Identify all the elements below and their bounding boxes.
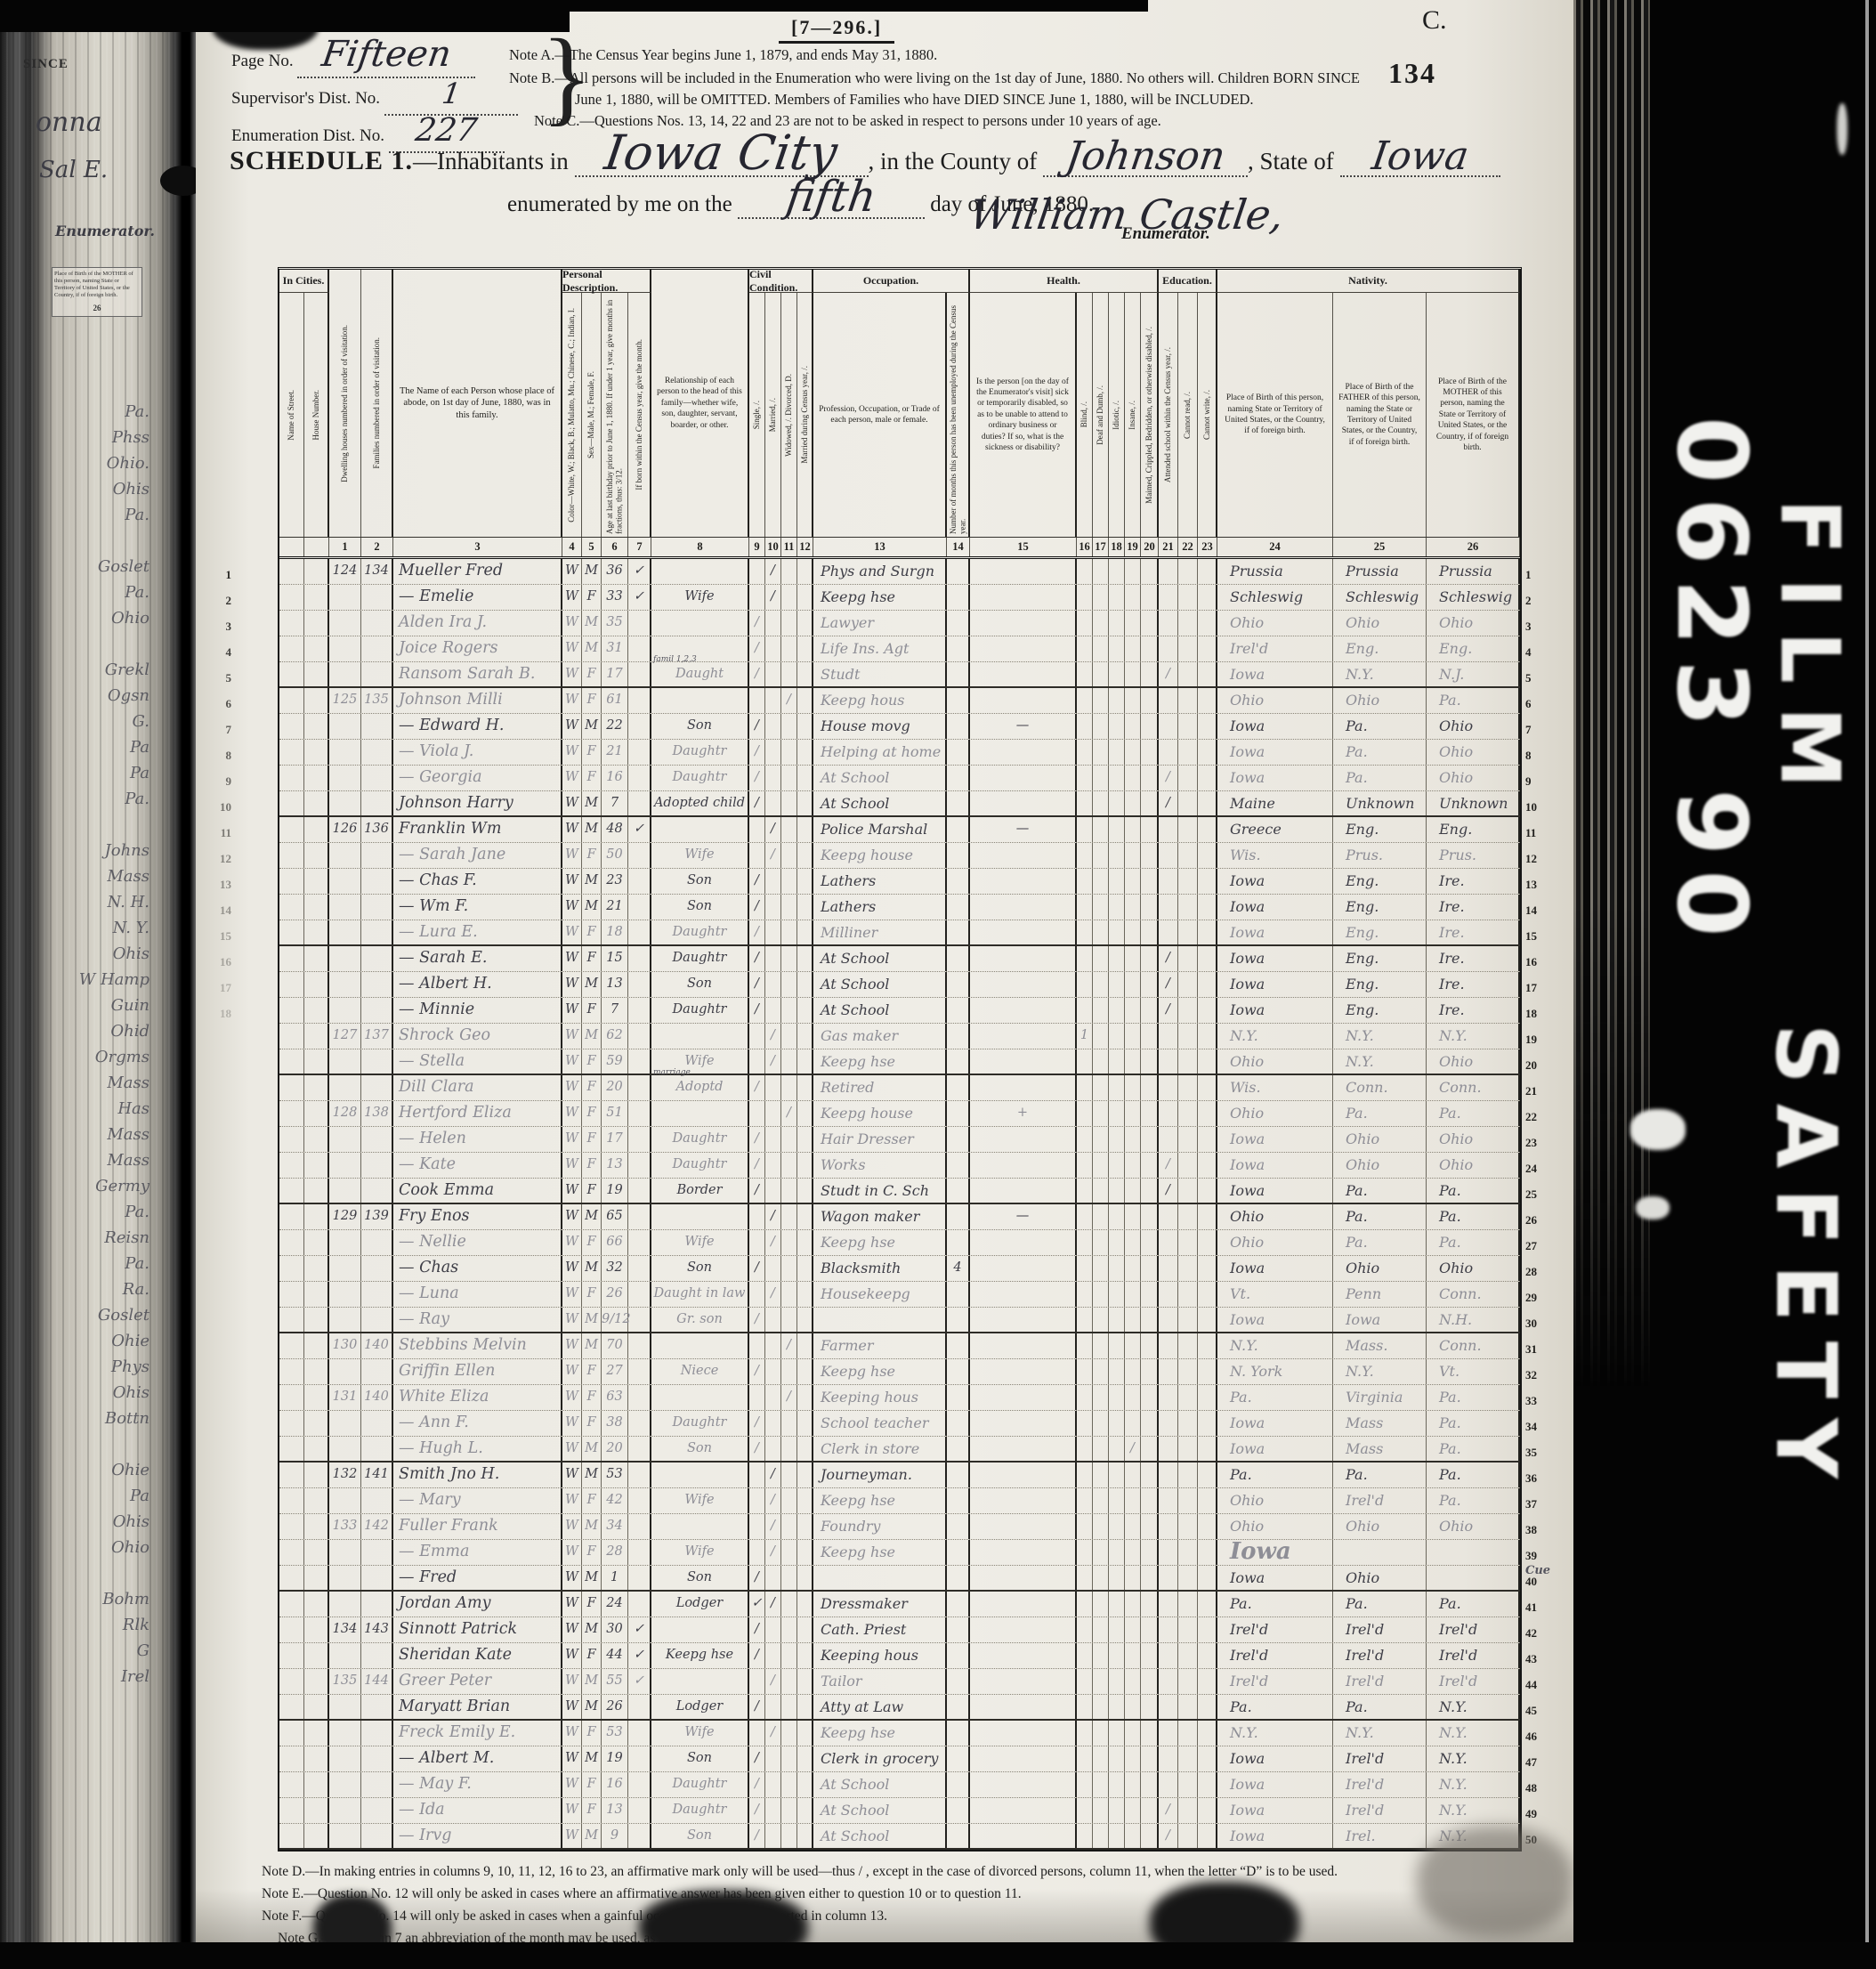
cell-s12 — [797, 1488, 813, 1513]
right-line-number: 28 — [1525, 1265, 1556, 1279]
prev-page-birthplace-value: Pa. — [7, 1254, 150, 1273]
cell-s10 — [765, 636, 781, 661]
cell-c20 — [1141, 1049, 1159, 1074]
cell-c22 — [1178, 1798, 1198, 1823]
cell-house — [304, 791, 329, 815]
cell-occ: Clerk in store — [813, 1437, 947, 1461]
right-line-number: 25 — [1525, 1187, 1556, 1202]
cell-s10 — [765, 1333, 781, 1358]
cell-s12 — [797, 1308, 813, 1332]
cell-s10: / — [765, 1514, 781, 1539]
cell-c16: 1 — [1077, 1024, 1093, 1049]
cell-fam — [361, 714, 393, 739]
cell-mbp: N.Y. — [1427, 1721, 1520, 1746]
cell-unemp — [947, 1075, 970, 1100]
page-no-value: Fifteen — [320, 39, 453, 69]
cell-s12 — [797, 1824, 813, 1848]
cell-rel: Keepg hse — [651, 1643, 749, 1668]
cell-sex: F — [582, 1643, 602, 1668]
cell-c23 — [1198, 946, 1217, 971]
cell-c22 — [1178, 740, 1198, 765]
enumerator-label: Enumerator. — [1121, 224, 1210, 244]
cell-name: — Kate — [393, 1153, 562, 1178]
cell-fbp: Schleswig — [1333, 585, 1427, 610]
cell-c16 — [1077, 1540, 1093, 1565]
cell-sex: M — [582, 1617, 602, 1642]
cell-s9: / — [749, 1746, 765, 1771]
cell-rel: Son — [651, 1437, 749, 1461]
cell-s9 — [749, 1049, 765, 1074]
cell-s11 — [781, 714, 797, 739]
colhead-fam-label: Families numbered in order of visitation… — [372, 335, 381, 471]
cell-sex: M — [582, 714, 602, 739]
prev-page-birthplace-value: Phss — [7, 428, 150, 447]
cell-rel: Wife — [651, 1540, 749, 1565]
right-line-number: 45 — [1525, 1704, 1556, 1718]
cell-c23 — [1198, 688, 1217, 713]
cell-rel: Wife — [651, 585, 749, 610]
cell-mbp: N.J. — [1427, 662, 1520, 686]
cell-c16 — [1077, 585, 1093, 610]
cell-c23 — [1198, 1514, 1217, 1539]
cell-name: Griffin Ellen — [393, 1359, 562, 1384]
cell-mbp: Eng. — [1427, 636, 1520, 661]
cell-house — [304, 1333, 329, 1358]
cell-dw — [329, 895, 361, 920]
cell-s10 — [765, 740, 781, 765]
cell-c22 — [1178, 1772, 1198, 1797]
cell-s9: / — [749, 1411, 765, 1436]
cell-c17 — [1093, 1798, 1109, 1823]
cell-s10 — [765, 1798, 781, 1823]
county-value: Johnson — [1063, 140, 1227, 174]
cell-month — [628, 1514, 651, 1539]
cell-month — [628, 1153, 651, 1178]
cell-house — [304, 1101, 329, 1126]
cell-c22 — [1178, 1746, 1198, 1771]
cell-c19 — [1125, 1824, 1141, 1848]
cell-month — [628, 1024, 651, 1049]
cell-c19 — [1125, 1101, 1141, 1126]
cell-s12 — [797, 662, 813, 686]
cell-c22 — [1178, 1385, 1198, 1410]
cell-c18 — [1109, 1514, 1125, 1539]
cell-c20 — [1141, 1540, 1159, 1565]
cell-s9: / — [749, 998, 765, 1023]
cell-c22 — [1178, 1669, 1198, 1694]
cell-age: 19 — [602, 1746, 628, 1771]
cell-c23 — [1198, 1230, 1217, 1255]
cell-rel: Gr. son — [651, 1308, 749, 1332]
cell-c18 — [1109, 611, 1125, 636]
cell-s10: / — [765, 1592, 781, 1617]
cell-month — [628, 1437, 651, 1461]
cell-house — [304, 1824, 329, 1848]
cell-street — [279, 1669, 304, 1694]
cell-c16 — [1077, 1669, 1093, 1694]
cell-fam — [361, 636, 393, 661]
cell-fbp: Ohio — [1333, 1256, 1427, 1281]
cell-s9: / — [749, 1617, 765, 1642]
cell-sick — [970, 688, 1077, 713]
cell-color: W — [562, 1230, 582, 1255]
cell-dw: 131 — [329, 1385, 361, 1410]
cell-c22 — [1178, 1230, 1198, 1255]
cell-age: 28 — [602, 1540, 628, 1565]
film-scratch-blob — [1630, 1109, 1686, 1150]
cell-c23 — [1198, 1308, 1217, 1332]
cell-sex: F — [582, 688, 602, 713]
cell-s11 — [781, 1488, 797, 1513]
prev-page-birthplace-value: Mass — [7, 1125, 150, 1144]
cell-c17 — [1093, 869, 1109, 894]
state-label: , State of — [1248, 148, 1334, 174]
cell-unemp — [947, 714, 970, 739]
cell-c17 — [1093, 636, 1109, 661]
cell-name: — Emma — [393, 1540, 562, 1565]
cell-s12 — [797, 1798, 813, 1823]
cell-name: Johnson Harry — [393, 791, 562, 815]
page-number-stamp: 134 — [1388, 57, 1436, 90]
cell-rel: Daughtr — [651, 946, 749, 971]
cell-s10 — [765, 611, 781, 636]
cell-unemp — [947, 1359, 970, 1384]
cell-s12 — [797, 1643, 813, 1668]
cell-c22 — [1178, 869, 1198, 894]
table-row: — EmmaWF28Wife/Keepg hseIowa — [279, 1540, 1520, 1566]
cell-c17 — [1093, 972, 1109, 997]
cell-c19 — [1125, 1385, 1141, 1410]
right-line-number: 44 — [1525, 1678, 1556, 1692]
cell-mbp: Ohio — [1427, 1127, 1520, 1152]
table-row: — Ann F.WF38Daughtr/School teacherIowaMa… — [279, 1411, 1520, 1437]
cell-name: — Chas — [393, 1256, 562, 1281]
cell-c20 — [1141, 791, 1159, 815]
cell-color: W — [562, 1488, 582, 1513]
left-line-number: 11 — [208, 826, 231, 840]
cell-c22 — [1178, 1437, 1198, 1461]
cell-month: ✓ — [628, 817, 651, 842]
cell-occ: At School — [813, 1824, 947, 1848]
cell-sex: F — [582, 920, 602, 944]
cell-month — [628, 1721, 651, 1746]
schedule-title: SCHEDULE 1. — [230, 146, 413, 175]
cell-c22 — [1178, 920, 1198, 944]
cell-age: 33 — [602, 585, 628, 610]
table-row: 131140White ElizaWF63/Keeping housPa.Vir… — [279, 1385, 1520, 1411]
cell-unemp — [947, 1153, 970, 1178]
cell-sick — [970, 895, 1077, 920]
cell-unemp — [947, 1592, 970, 1617]
cell-dw — [329, 1592, 361, 1617]
cell-house — [304, 1695, 329, 1719]
film-edge-line — [1865, 0, 1869, 1969]
cell-s11 — [781, 559, 797, 584]
cell-month — [628, 1230, 651, 1255]
cell-bp: N.Y. — [1217, 1721, 1333, 1746]
cell-fbp: Unknown — [1333, 791, 1427, 815]
cell-bp: Ohio — [1217, 1514, 1333, 1539]
colhead-unemp: Number of months this person has been un… — [947, 293, 970, 537]
right-line-number: 39 Cue — [1525, 1549, 1556, 1577]
cell-occ: Blacksmith — [813, 1256, 947, 1281]
cell-color: W — [562, 1282, 582, 1307]
cell-c16 — [1077, 1488, 1093, 1513]
right-line-number: 34 — [1525, 1420, 1556, 1434]
cell-c20 — [1141, 1101, 1159, 1126]
cell-rel — [651, 611, 749, 636]
cell-c18 — [1109, 817, 1125, 842]
cell-c22 — [1178, 1282, 1198, 1307]
cell-c22 — [1178, 1049, 1198, 1074]
cell-c22 — [1178, 817, 1198, 842]
table-row: Alden Ira J.WM35/LawyerOhioOhioOhio — [279, 611, 1520, 636]
cell-sick — [970, 946, 1077, 971]
cell-c19 — [1125, 1463, 1141, 1487]
cell-c18 — [1109, 1333, 1125, 1358]
cell-s9: / — [749, 1437, 765, 1461]
cell-bp: Iowa — [1217, 766, 1333, 790]
cell-c16 — [1077, 1798, 1093, 1823]
colnum-s10: 10 — [765, 538, 781, 556]
cell-mbp: Conn. — [1427, 1333, 1520, 1358]
cell-occ: Wagon maker — [813, 1204, 947, 1229]
cell-s11 — [781, 636, 797, 661]
cell-c23 — [1198, 1204, 1217, 1229]
cell-bp: Irel'd — [1217, 1669, 1333, 1694]
cell-c19 — [1125, 1049, 1141, 1074]
cell-rel: Daughtr — [651, 1153, 749, 1178]
cell-c18 — [1109, 1153, 1125, 1178]
cell-name: — Stella — [393, 1049, 562, 1074]
colnum-c18: 18 — [1109, 538, 1125, 556]
cell-s12 — [797, 791, 813, 815]
cell-name: — Sarah E. — [393, 946, 562, 971]
cell-c22 — [1178, 791, 1198, 815]
cell-c20 — [1141, 920, 1159, 944]
right-line-number: 19 — [1525, 1033, 1556, 1047]
cell-unemp — [947, 1179, 970, 1203]
cell-c23 — [1198, 1721, 1217, 1746]
cell-c18 — [1109, 843, 1125, 868]
cell-s11 — [781, 585, 797, 610]
cell-c19 — [1125, 998, 1141, 1023]
cell-c16 — [1077, 817, 1093, 842]
cell-s11 — [781, 1463, 797, 1487]
colnum-sick: 15 — [970, 538, 1077, 556]
cell-fbp — [1333, 1540, 1427, 1565]
cell-s10 — [765, 688, 781, 713]
cell-c19 — [1125, 1153, 1141, 1178]
cell-c17 — [1093, 1101, 1109, 1126]
cell-c21 — [1159, 636, 1178, 661]
cell-name: Ransom Sarah B. — [393, 662, 562, 686]
cell-mbp: Ohio — [1427, 611, 1520, 636]
cell-bp: Pa. — [1217, 1695, 1333, 1719]
cell-unemp — [947, 1101, 970, 1126]
cell-street — [279, 1153, 304, 1178]
colhead-c20-label: Maimed, Crippled, Bedridden, or otherwis… — [1144, 324, 1153, 506]
cell-s12 — [797, 1617, 813, 1642]
cell-fam: 137 — [361, 1024, 393, 1049]
colhead-fam: Families numbered in order of visitation… — [361, 270, 393, 537]
cell-age: 31 — [602, 636, 628, 661]
cell-c18 — [1109, 1643, 1125, 1668]
cell-c21 — [1159, 1540, 1178, 1565]
cell-dw — [329, 946, 361, 971]
cell-dw: 126 — [329, 817, 361, 842]
cell-color: W — [562, 1463, 582, 1487]
cell-sick — [970, 1488, 1077, 1513]
cell-street — [279, 1256, 304, 1281]
cell-rel — [651, 1385, 749, 1410]
cell-fbp: Iowa — [1333, 1308, 1427, 1332]
cell-age: 22 — [602, 714, 628, 739]
table-row: Joice RogersWM31/Life Ins. AgtIrel'dEng.… — [279, 636, 1520, 662]
cell-c22 — [1178, 1204, 1198, 1229]
cell-c20 — [1141, 817, 1159, 842]
cell-s9: / — [749, 1359, 765, 1384]
cell-dw: 124 — [329, 559, 361, 584]
cell-sex: M — [582, 1746, 602, 1771]
cell-fam — [361, 1746, 393, 1771]
cell-c21: / — [1159, 1179, 1178, 1203]
colhead-unemp-label: Number of months this person has been un… — [949, 293, 967, 537]
cell-s9 — [749, 1101, 765, 1126]
cell-s10: / — [765, 1463, 781, 1487]
cell-c23 — [1198, 714, 1217, 739]
colhead-fbp: Place of Birth of the FATHER of this per… — [1333, 293, 1427, 537]
cell-street — [279, 636, 304, 661]
cell-s9 — [749, 1721, 765, 1746]
cell-s11 — [781, 791, 797, 815]
cell-month — [628, 1772, 651, 1797]
cell-s11 — [781, 1721, 797, 1746]
cell-street — [279, 843, 304, 868]
cell-bp: Iowa — [1217, 1179, 1333, 1203]
cell-c17 — [1093, 1824, 1109, 1848]
cell-c18 — [1109, 1230, 1125, 1255]
cell-rel: Son — [651, 1824, 749, 1848]
cell-s12 — [797, 585, 813, 610]
cell-unemp — [947, 1282, 970, 1307]
colhead-s12: Married during Census year, /. — [797, 293, 813, 537]
left-line-number: 8 — [208, 749, 231, 763]
cell-age: 61 — [602, 688, 628, 713]
cell-mbp — [1427, 1540, 1520, 1565]
cell-color: W — [562, 1824, 582, 1848]
prev-page-birthplace-value: Germy — [7, 1177, 150, 1195]
cell-s10 — [765, 1179, 781, 1203]
cell-mbp: Conn. — [1427, 1282, 1520, 1307]
cell-color: W — [562, 817, 582, 842]
cell-month — [628, 1282, 651, 1307]
cell-c22 — [1178, 1695, 1198, 1719]
cell-street — [279, 817, 304, 842]
cell-s9 — [749, 1385, 765, 1410]
cell-name: Freck Emily E. — [393, 1721, 562, 1746]
cell-fbp: Irel'd — [1333, 1617, 1427, 1642]
colhead-age-label: Age at last birthday prior to June 1, 18… — [605, 293, 624, 537]
cell-c17 — [1093, 1385, 1109, 1410]
cell-fam — [361, 1566, 393, 1590]
cell-c17 — [1093, 1746, 1109, 1771]
cell-rel — [651, 1617, 749, 1642]
cell-color: W — [562, 1179, 582, 1203]
cell-unemp — [947, 1437, 970, 1461]
cell-occ: Clerk in grocery — [813, 1746, 947, 1771]
cell-fbp: N.Y. — [1333, 1049, 1427, 1074]
cell-c23 — [1198, 1024, 1217, 1049]
cell-sex: M — [582, 1566, 602, 1590]
cell-c19 — [1125, 946, 1141, 971]
cell-dw: 128 — [329, 1101, 361, 1126]
cell-c16 — [1077, 920, 1093, 944]
cell-s10 — [765, 1695, 781, 1719]
cell-s12 — [797, 1256, 813, 1281]
cell-fam — [361, 1824, 393, 1848]
cell-c20 — [1141, 998, 1159, 1023]
cell-fam — [361, 1540, 393, 1565]
cell-c19 — [1125, 1695, 1141, 1719]
cell-c19 — [1125, 1024, 1141, 1049]
cell-street — [279, 1101, 304, 1126]
right-line-number: 41 — [1525, 1600, 1556, 1615]
table-row: — Albert M.WM19Son/Clerk in groceryIowaI… — [279, 1746, 1520, 1772]
cell-house — [304, 1463, 329, 1487]
cell-color: W — [562, 636, 582, 661]
cell-mbp: Prus. — [1427, 843, 1520, 868]
cell-sex: F — [582, 740, 602, 765]
cell-sick — [970, 1514, 1077, 1539]
cell-color: W — [562, 1075, 582, 1100]
cell-fbp: Eng. — [1333, 817, 1427, 842]
cell-name: — Edward H. — [393, 714, 562, 739]
cell-mbp: Ire. — [1427, 895, 1520, 920]
cell-sick — [970, 1643, 1077, 1668]
cell-c23 — [1198, 998, 1217, 1023]
cell-month — [628, 1385, 651, 1410]
cell-sex: M — [582, 1514, 602, 1539]
cell-c23 — [1198, 869, 1217, 894]
cell-c18 — [1109, 972, 1125, 997]
right-line-number: 12 — [1525, 852, 1556, 866]
cell-c19 — [1125, 1514, 1141, 1539]
cell-month — [628, 1695, 651, 1719]
cell-s9: / — [749, 611, 765, 636]
cell-c16 — [1077, 1772, 1093, 1797]
cell-dw — [329, 1256, 361, 1281]
cell-occ: Keepg hse — [813, 1230, 947, 1255]
cell-dw: 134 — [329, 1617, 361, 1642]
cell-street — [279, 1540, 304, 1565]
cell-occ: Police Marshal — [813, 817, 947, 842]
table-row: Cook EmmaWF19Border/Studt in C. Sch/Iowa… — [279, 1179, 1520, 1204]
cell-c21 — [1159, 1643, 1178, 1668]
cell-c23 — [1198, 1385, 1217, 1410]
cell-rel: Lodger — [651, 1695, 749, 1719]
cell-c20 — [1141, 1127, 1159, 1152]
cell-c17 — [1093, 1721, 1109, 1746]
colhead-rel: Relationship of each person to the head … — [651, 270, 749, 537]
cell-bp: Iowa — [1217, 1437, 1333, 1461]
right-line-number: 7 — [1525, 723, 1556, 737]
cell-s10: / — [765, 585, 781, 610]
cell-c20 — [1141, 843, 1159, 868]
cell-fbp: Prussia — [1333, 559, 1427, 584]
cell-rel: Wife — [651, 1721, 749, 1746]
cell-sick — [970, 1463, 1077, 1487]
